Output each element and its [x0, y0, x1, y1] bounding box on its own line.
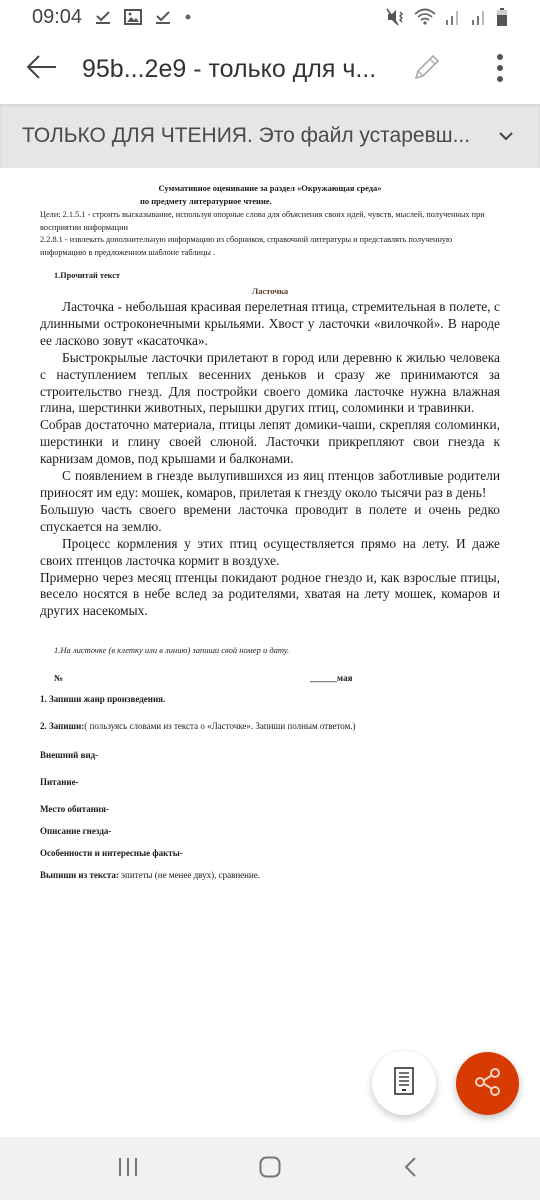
chevron-down-icon[interactable]	[494, 124, 518, 148]
recents-button[interactable]	[108, 1151, 148, 1187]
question-1: 1. Запиши жанр произведения.	[40, 694, 165, 704]
more-options-button[interactable]	[478, 48, 522, 92]
story-paragraph: Процесс кормления у этих птиц осуществля…	[40, 536, 500, 570]
status-bar: 09:04	[0, 0, 540, 34]
share-icon	[473, 1067, 503, 1101]
question-2-text: ( пользуясь словами из текста о «Ласточк…	[84, 721, 355, 731]
task-1-label: 1.Прочитай текст	[54, 271, 120, 280]
app-bar: 95b...2e9 - только для ч...	[0, 34, 540, 104]
recents-icon	[117, 1157, 139, 1181]
back-button[interactable]	[14, 41, 70, 97]
number-label: №	[54, 673, 63, 683]
document-page[interactable]: Суммативное оценивание за раздел «Окружа…	[0, 168, 540, 1130]
image-icon	[124, 9, 142, 25]
field-food: Питание-	[40, 777, 79, 787]
share-button[interactable]	[456, 1052, 519, 1115]
mute-vibrate-icon	[386, 8, 406, 26]
story-paragraph: Ласточка - небольшая красивая перелетная…	[40, 299, 500, 350]
home-icon	[259, 1156, 281, 1182]
document-subheading: по предмету литературное чтение.	[140, 196, 272, 206]
goal-1: Цели: 2.1.5.1 - строить высказывание, ис…	[40, 209, 500, 234]
document-goals: Цели: 2.1.5.1 - строить высказывание, ис…	[40, 209, 500, 259]
edit-button[interactable]	[404, 48, 448, 92]
story-title: Ласточка	[0, 286, 540, 296]
extract-bold: Выпиши из текста:	[40, 870, 119, 880]
back-chevron-icon	[403, 1156, 417, 1182]
download-done-icon	[94, 9, 112, 25]
story-paragraph: Большую часть своего времени ласточка пр…	[40, 502, 500, 536]
banner-text: ТОЛЬКО ДЛЯ ЧТЕНИЯ. Это файл устаревш...	[22, 124, 470, 148]
story-paragraph: Примерно через месяц птенцы покидают род…	[40, 570, 500, 621]
extract-text: эпитеты (не менее двух), сравнение.	[119, 870, 260, 880]
read-only-banner[interactable]: ТОЛЬКО ДЛЯ ЧТЕНИЯ. Это файл устаревш...	[0, 104, 540, 168]
reading-view-button[interactable]	[372, 1051, 436, 1115]
arrow-left-icon	[26, 55, 58, 83]
notification-icons	[94, 9, 192, 25]
question-extract: Выпиши из текста: эпитеты (не менее двух…	[40, 870, 260, 880]
document-heading: Суммативное оценивание за раздел «Окружа…	[0, 183, 540, 193]
story-text: Ласточка - небольшая красивая перелетная…	[40, 299, 500, 620]
story-paragraph: С появлением в гнезде вылупившихся из яи…	[40, 468, 500, 502]
status-time: 09:04	[32, 6, 82, 29]
question-2: 2. Запиши:( пользуясь словами из текста …	[40, 721, 356, 731]
dot-icon	[184, 13, 192, 21]
story-paragraph: Быстрокрылые ласточки прилетают в город …	[40, 350, 500, 418]
question-2-bold: 2. Запиши:	[40, 721, 84, 731]
home-button[interactable]	[250, 1151, 290, 1187]
battery-icon	[496, 7, 508, 27]
system-nav-bar	[0, 1137, 540, 1200]
field-nest: Описание гнезда-	[40, 826, 111, 836]
back-nav-button[interactable]	[390, 1151, 430, 1187]
system-icons	[386, 7, 508, 27]
reading-view-icon	[393, 1066, 415, 1100]
signal-icon	[444, 8, 462, 26]
field-habitat: Место обитания-	[40, 804, 109, 814]
date-label: ______мая	[310, 673, 352, 683]
download-done-icon	[154, 9, 172, 25]
questions-intro: 1.На листочке (в клетку или в линию) зап…	[54, 645, 289, 655]
signal-icon	[470, 8, 488, 26]
goal-2: 2.2.8.1 - извлекать дополнительную инфор…	[40, 234, 500, 259]
field-appearance: Внешний вид-	[40, 750, 98, 760]
story-paragraph: Собрав достаточно материала, птицы лепят…	[40, 417, 500, 468]
pencil-icon	[410, 52, 442, 88]
wifi-icon	[414, 8, 436, 26]
more-vertical-icon	[495, 53, 505, 87]
document-title: 95b...2e9 - только для ч...	[82, 55, 382, 84]
field-facts: Особенности и интересные факты-	[40, 848, 183, 858]
